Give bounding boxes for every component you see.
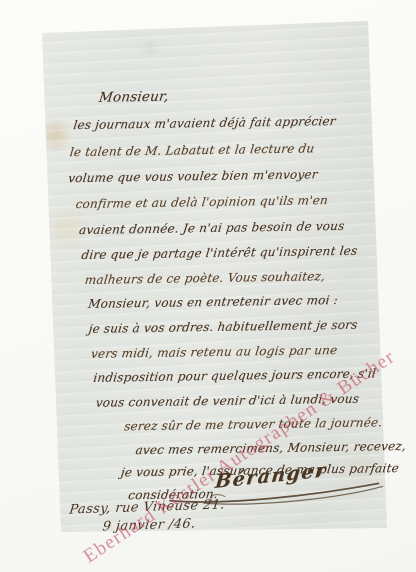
handwritten-line: Monsieur, vous en entretenir avec moi :	[87, 293, 338, 311]
handwritten-line: malheurs de ce poète. Vous souhaitez,	[84, 269, 326, 287]
handwritten-line: serez sûr de me trouver toute la journée…	[123, 415, 383, 433]
handwritten-line: confirme et au delà l'opinion qu'ils m'e…	[75, 193, 329, 211]
handwritten-line: les journaux m'avaient déjà fait appréci…	[73, 114, 337, 132]
handwritten-line: le talent de M. Labatut et la lecture du	[69, 141, 315, 159]
handwritten-line: avaient donnée. Je n'ai pas besoin de vo…	[78, 219, 345, 237]
handwritten-line: volume que vous voulez bien m'envoyer	[67, 167, 318, 185]
handwritten-line: dire que je partage l'intérêt qu'inspire…	[81, 244, 359, 262]
salutation-line: Monsieur,	[98, 89, 170, 106]
letter-photo: Monsieur, les journaux m'avaient déjà fa…	[0, 0, 416, 572]
handwritten-line: je suis à vos ordres. habituellement je …	[88, 318, 359, 336]
handwritten-line: vers midi, mais retenu au logis par une	[90, 343, 338, 361]
